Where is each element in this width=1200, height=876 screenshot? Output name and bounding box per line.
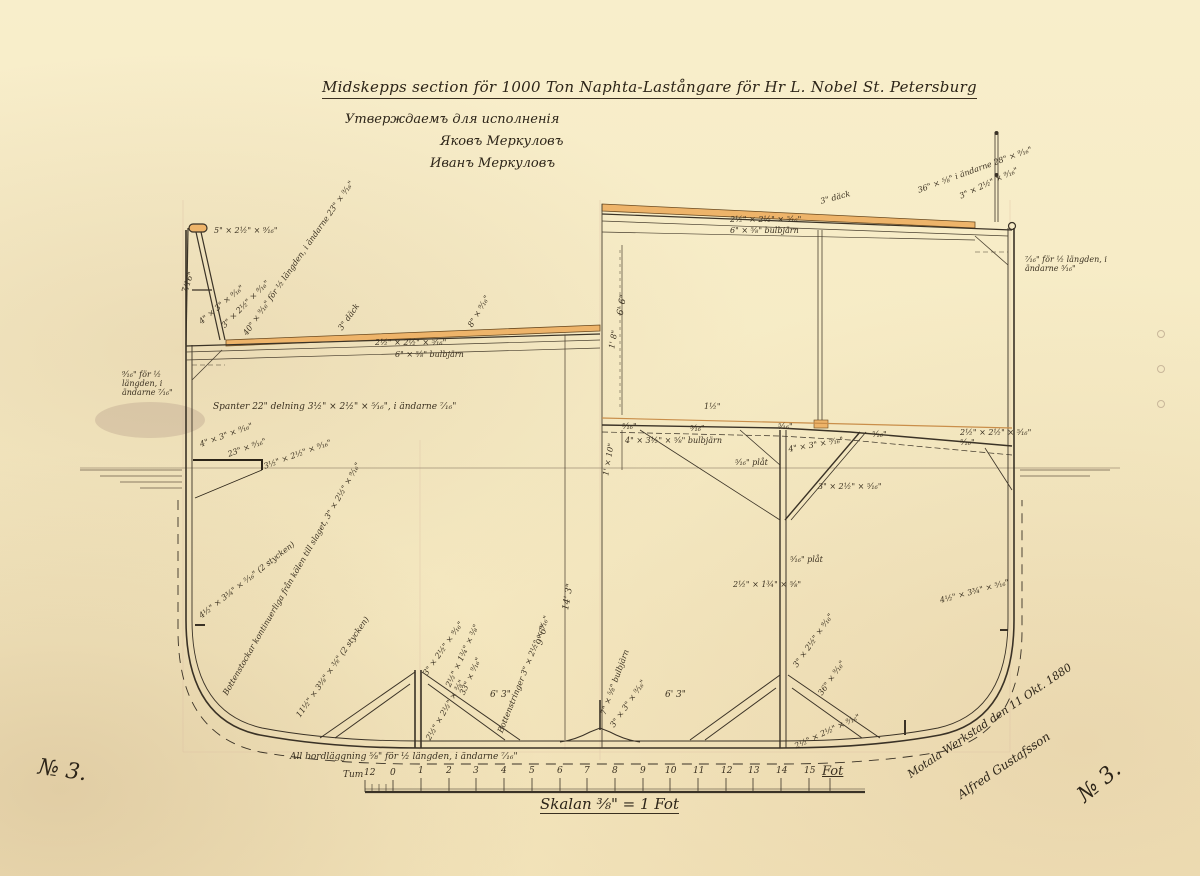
scale-sub-12: 12 [364,768,375,778]
annotation-frames: Spanter 22" delning 3½" × 2½" × ⁵⁄₁₆", i… [213,402,456,412]
approval-line: Утверждаемъ для исполненія [345,112,559,127]
signature-2: Иванъ Меркуловъ [430,156,555,171]
annotation-lower-angle-3: 2½" × 2½" × ⁵⁄₁₆" [960,428,1031,437]
annotation-upper-beam-2: 6" × ⅝" bulbjärn [730,226,799,235]
drawing-sheet: Midskepps section för 1000 Ton Naphta-La… [0,0,1200,876]
annotation-lower-angle-2: 3" × 2½" × ⁵⁄₁₆" [818,482,882,491]
annotation-lower-bracket: ⁵⁄₁₆" plåt [735,458,768,467]
annotation-lower-deck-4: ⁵⁄₁₆" [872,430,887,439]
scale-label-13: 13 [748,766,759,776]
annotation-lower-deck-2: ⁵⁄₁₆" [690,424,705,433]
scale-label-10: 10 [665,766,676,776]
annotation-spacing-right: 6' 3" [665,690,686,700]
scale-unit: Fot [822,764,843,779]
scale-label-15: 15 [804,766,815,776]
annotation-side-plating-left: ⁹⁄₁₆" för ½ längden, i ändarne ⁷⁄₁₆" [122,370,182,397]
bottom-framing-left [320,670,640,748]
centre-pillar [780,430,786,748]
annotation-lower-beam: 4" × 3½" × ⅝" bulbjärn [625,436,722,445]
scale-label-5: 5 [529,766,535,776]
water-stain [95,402,205,438]
scale-bar [365,778,865,792]
right-lower-deck [602,418,1012,520]
annotation-plank-1: 1½" [704,402,721,411]
signature-1: Яковъ Меркуловъ [440,134,563,149]
annotation-pillar-size: 2½" × 1¾" × ⅝" [733,580,801,589]
scale-label-8: 8 [612,766,618,776]
scale-label-3: 3 [473,766,479,776]
scale-prefix: Tum [343,770,363,780]
scale-label-1: 1 [418,766,424,776]
scale-label-9: 9 [640,766,646,776]
annotation-lower-deck-3: ⁵⁄₁₆" [778,422,793,431]
waterline-marks [80,470,1110,488]
drawing-title: Midskepps section för 1000 Ton Naphta-La… [322,78,977,99]
annotation-upper-beam-1: 2½" × 2½" × ⁵⁄₁₆" [730,215,801,224]
annotation-rail-left: 5" × 2½" × ⁹⁄₁₆" [214,226,278,235]
punch-holes [1158,331,1165,408]
annotation-lower-deck-1: ⁵⁄₁₆" [622,422,637,431]
annotation-bottom-plating: All bordläggning ⅝" för ½ längden, i änd… [290,752,518,762]
scale-label-7: 7 [584,766,590,776]
scale-label-14: 14 [776,766,787,776]
scale-caption: Skalan ⅜" = 1 Fot [540,795,679,814]
scale-label-6: 6 [557,766,563,776]
annotation-lower-deck-5: ⁵⁄₁₆" [960,438,975,447]
annotation-side-plating-right: ⁷⁄₁₆" för ½ längden, i ändarne ⁵⁄₁₆" [1025,255,1135,273]
annotation-beam-left-2: 6" × ⅝" bulbjärn [395,350,464,359]
left-shelf [193,460,262,498]
scale-label-11: 11 [693,766,704,776]
scale-label-12: 12 [721,766,732,776]
scale-label-2: 2 [446,766,452,776]
scale-label-0: 0 [390,768,396,778]
annotation-pillar-label: ⁵⁄₁₆" plåt [790,555,823,564]
scale-label-4: 4 [501,766,507,776]
dimension-lines [565,245,622,740]
annotation-beam-left-1: 2½" × 2½" × ⁵⁄₁₆" [375,338,446,347]
